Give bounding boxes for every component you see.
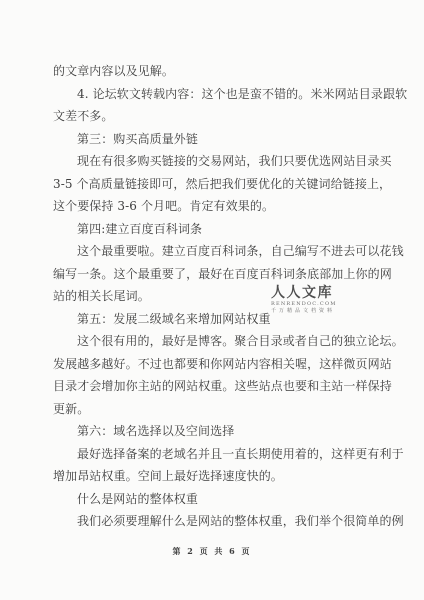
watermark-tagline: 千万精品文档资料 [271,309,337,314]
text-line: 第六：域名选择以及空间选择 [53,420,379,443]
text-line: 现在有很多购买链接的交易网站，我们只要优选网站目录买 [53,150,379,173]
text-line: 3-5 个高质量链接即可，然后把我们要优化的关键词给链接上， [53,173,379,196]
text-line: 发展越多越好。不过也都要和你网站内容相关喔，这样微页网站 [53,353,379,376]
text-line: 4. 论坛软文转载内容：这个也是蛮不错的。米米网站目录跟软 [53,83,379,106]
text-line: 我们必须要理解什么是网站的整体权重，我们举个很简单的例 [53,510,379,533]
watermark-domain: RENRENDOC.COM [271,302,337,307]
watermark: 人人文库 RENRENDOC.COM 千万精品文档资料 [271,286,337,314]
text-line: 这个很有用的，最好是博客。聚合目录或者自己的独立论坛。 [53,330,379,353]
text-line: 的文章内容以及见解。 [53,60,379,83]
text-line: 目录才会增加你主站的网站权重。这些站点也要和主站一样保持 [53,375,379,398]
text-line: 更新。 [53,398,379,421]
text-line: 增加昂站权重。空间上最好选择速度快的。 [53,465,379,488]
text-line: 什么是网站的整体权重 [53,488,379,511]
text-line: 文差不多。 [53,105,379,128]
text-line: 第四:建立百度百科词条 [53,218,379,241]
text-line: 第三：购买高质量外链 [53,128,379,151]
document-page: 的文章内容以及见解。 4. 论坛软文转载内容：这个也是蛮不错的。米米网站目录跟软… [0,0,424,600]
text-line: 编写一条。这个最重要了，最好在百度百科词条底部加上你的网 [53,263,379,286]
page-footer: 第 2 页 共 6 页 [0,546,424,557]
page-number-label: 第 2 页 共 6 页 [172,546,251,556]
text-line: 这个要保持 3-6 个月吧。肯定有效果的。 [53,195,379,218]
watermark-title: 人人文库 [271,286,337,300]
text-line: 这个最重要啦。建立百度百科词条，自己编写不进去可以花钱 [53,240,379,263]
text-line: 最好选择备案的老域名并且一直长期使用着的，这样更有利于 [53,443,379,466]
